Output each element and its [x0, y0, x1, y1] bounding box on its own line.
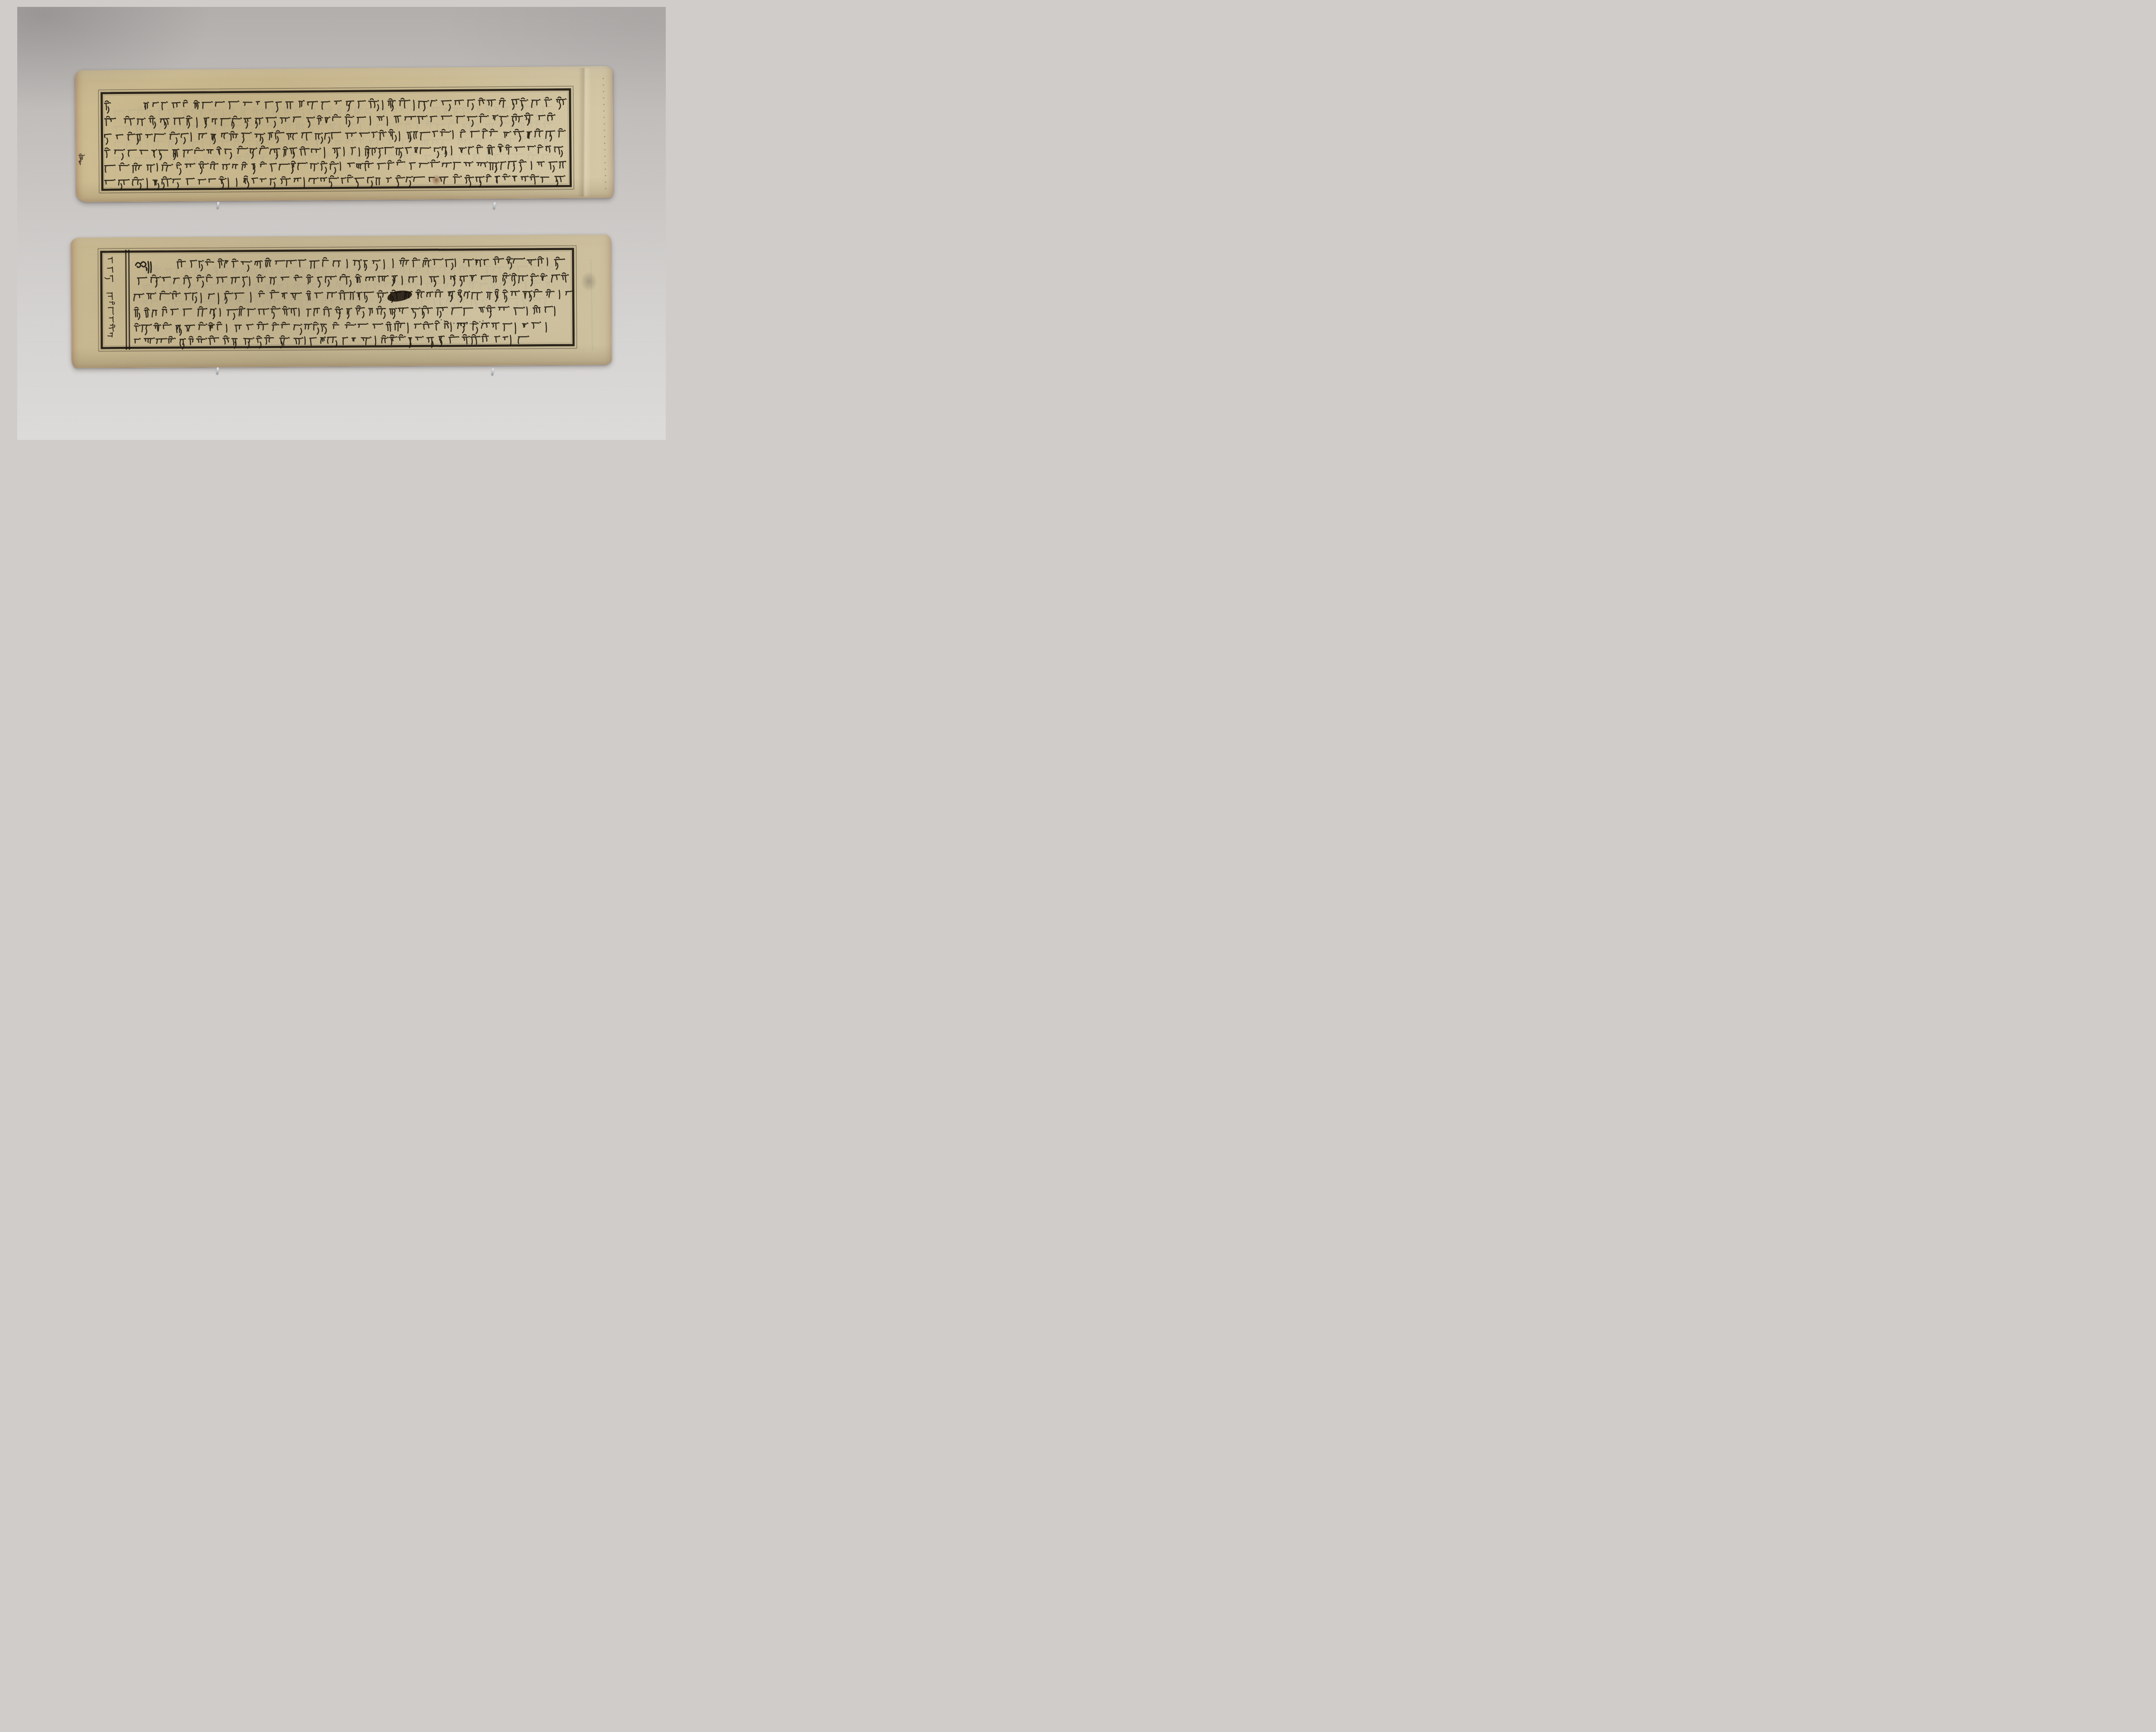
edge-speck-column — [603, 78, 606, 194]
mounting-pin — [491, 368, 494, 375]
text-frame — [100, 88, 572, 191]
margin-divider — [125, 250, 130, 350]
photo-caption: Photograph of two loose leaves of a Tibe… — [17, 7, 18, 7]
ink-smudge — [581, 271, 597, 291]
mounting-pin — [493, 202, 496, 209]
paper-crease — [578, 68, 592, 197]
text-frame — [100, 248, 574, 349]
manuscript-leaf-upper — [75, 66, 614, 202]
manuscript-leaf-lower — [71, 234, 612, 368]
photo-stage: Photograph of two loose leaves of a Tibe… — [17, 7, 666, 440]
mounting-pin — [216, 367, 219, 374]
rust-stain — [431, 174, 442, 185]
folio-number — [78, 154, 85, 165]
mounting-pin — [216, 202, 219, 209]
